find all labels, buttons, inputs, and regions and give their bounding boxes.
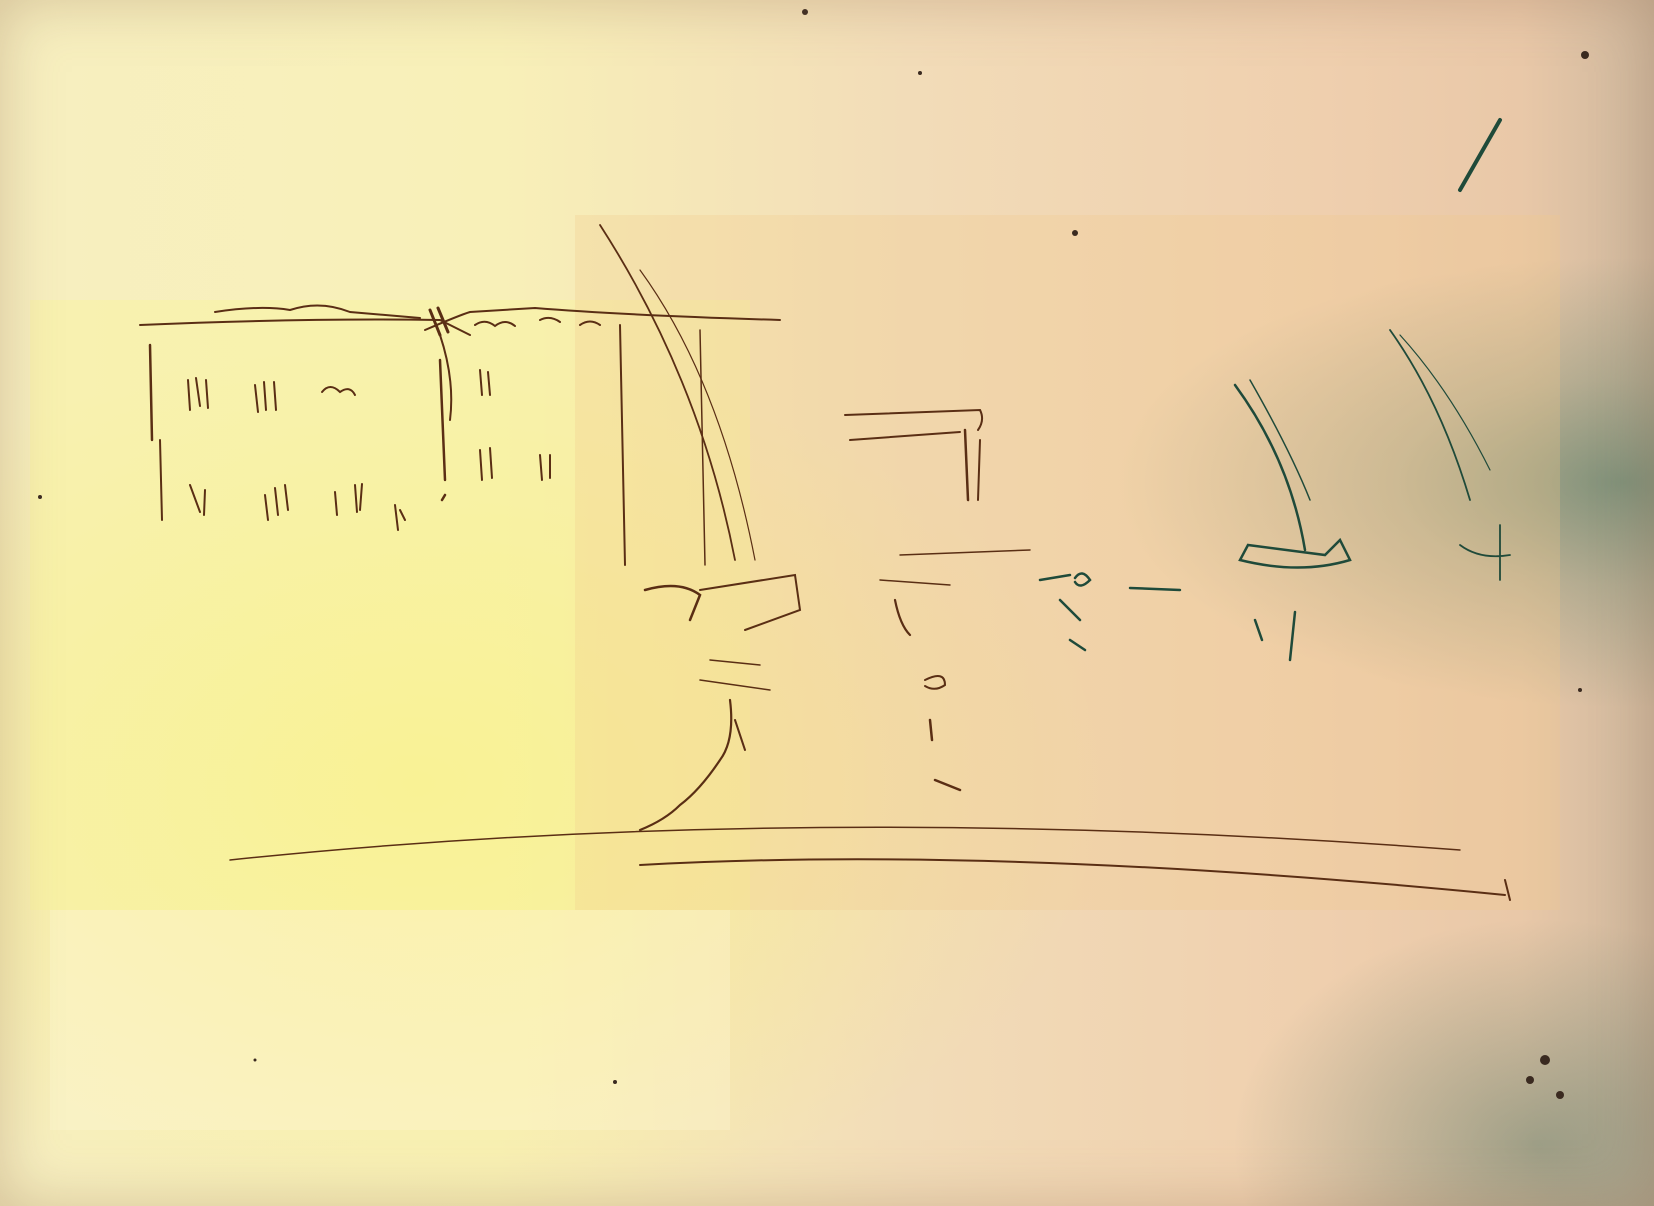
ink-specks — [38, 9, 1589, 1099]
aged-paper-sheet — [0, 0, 1654, 1206]
shoreline-curve — [230, 827, 1460, 860]
shoreline-curve-lower — [640, 859, 1505, 895]
pen-sketch — [0, 0, 1654, 1206]
rowboat-sketch — [640, 575, 800, 830]
mast-line — [600, 225, 735, 560]
edge-stroke — [1460, 120, 1500, 190]
left-building-sketch — [140, 305, 470, 530]
sailboats-sketch — [1040, 120, 1510, 660]
right-building-sketch — [425, 308, 780, 565]
middle-boat-sketch — [845, 410, 1030, 790]
